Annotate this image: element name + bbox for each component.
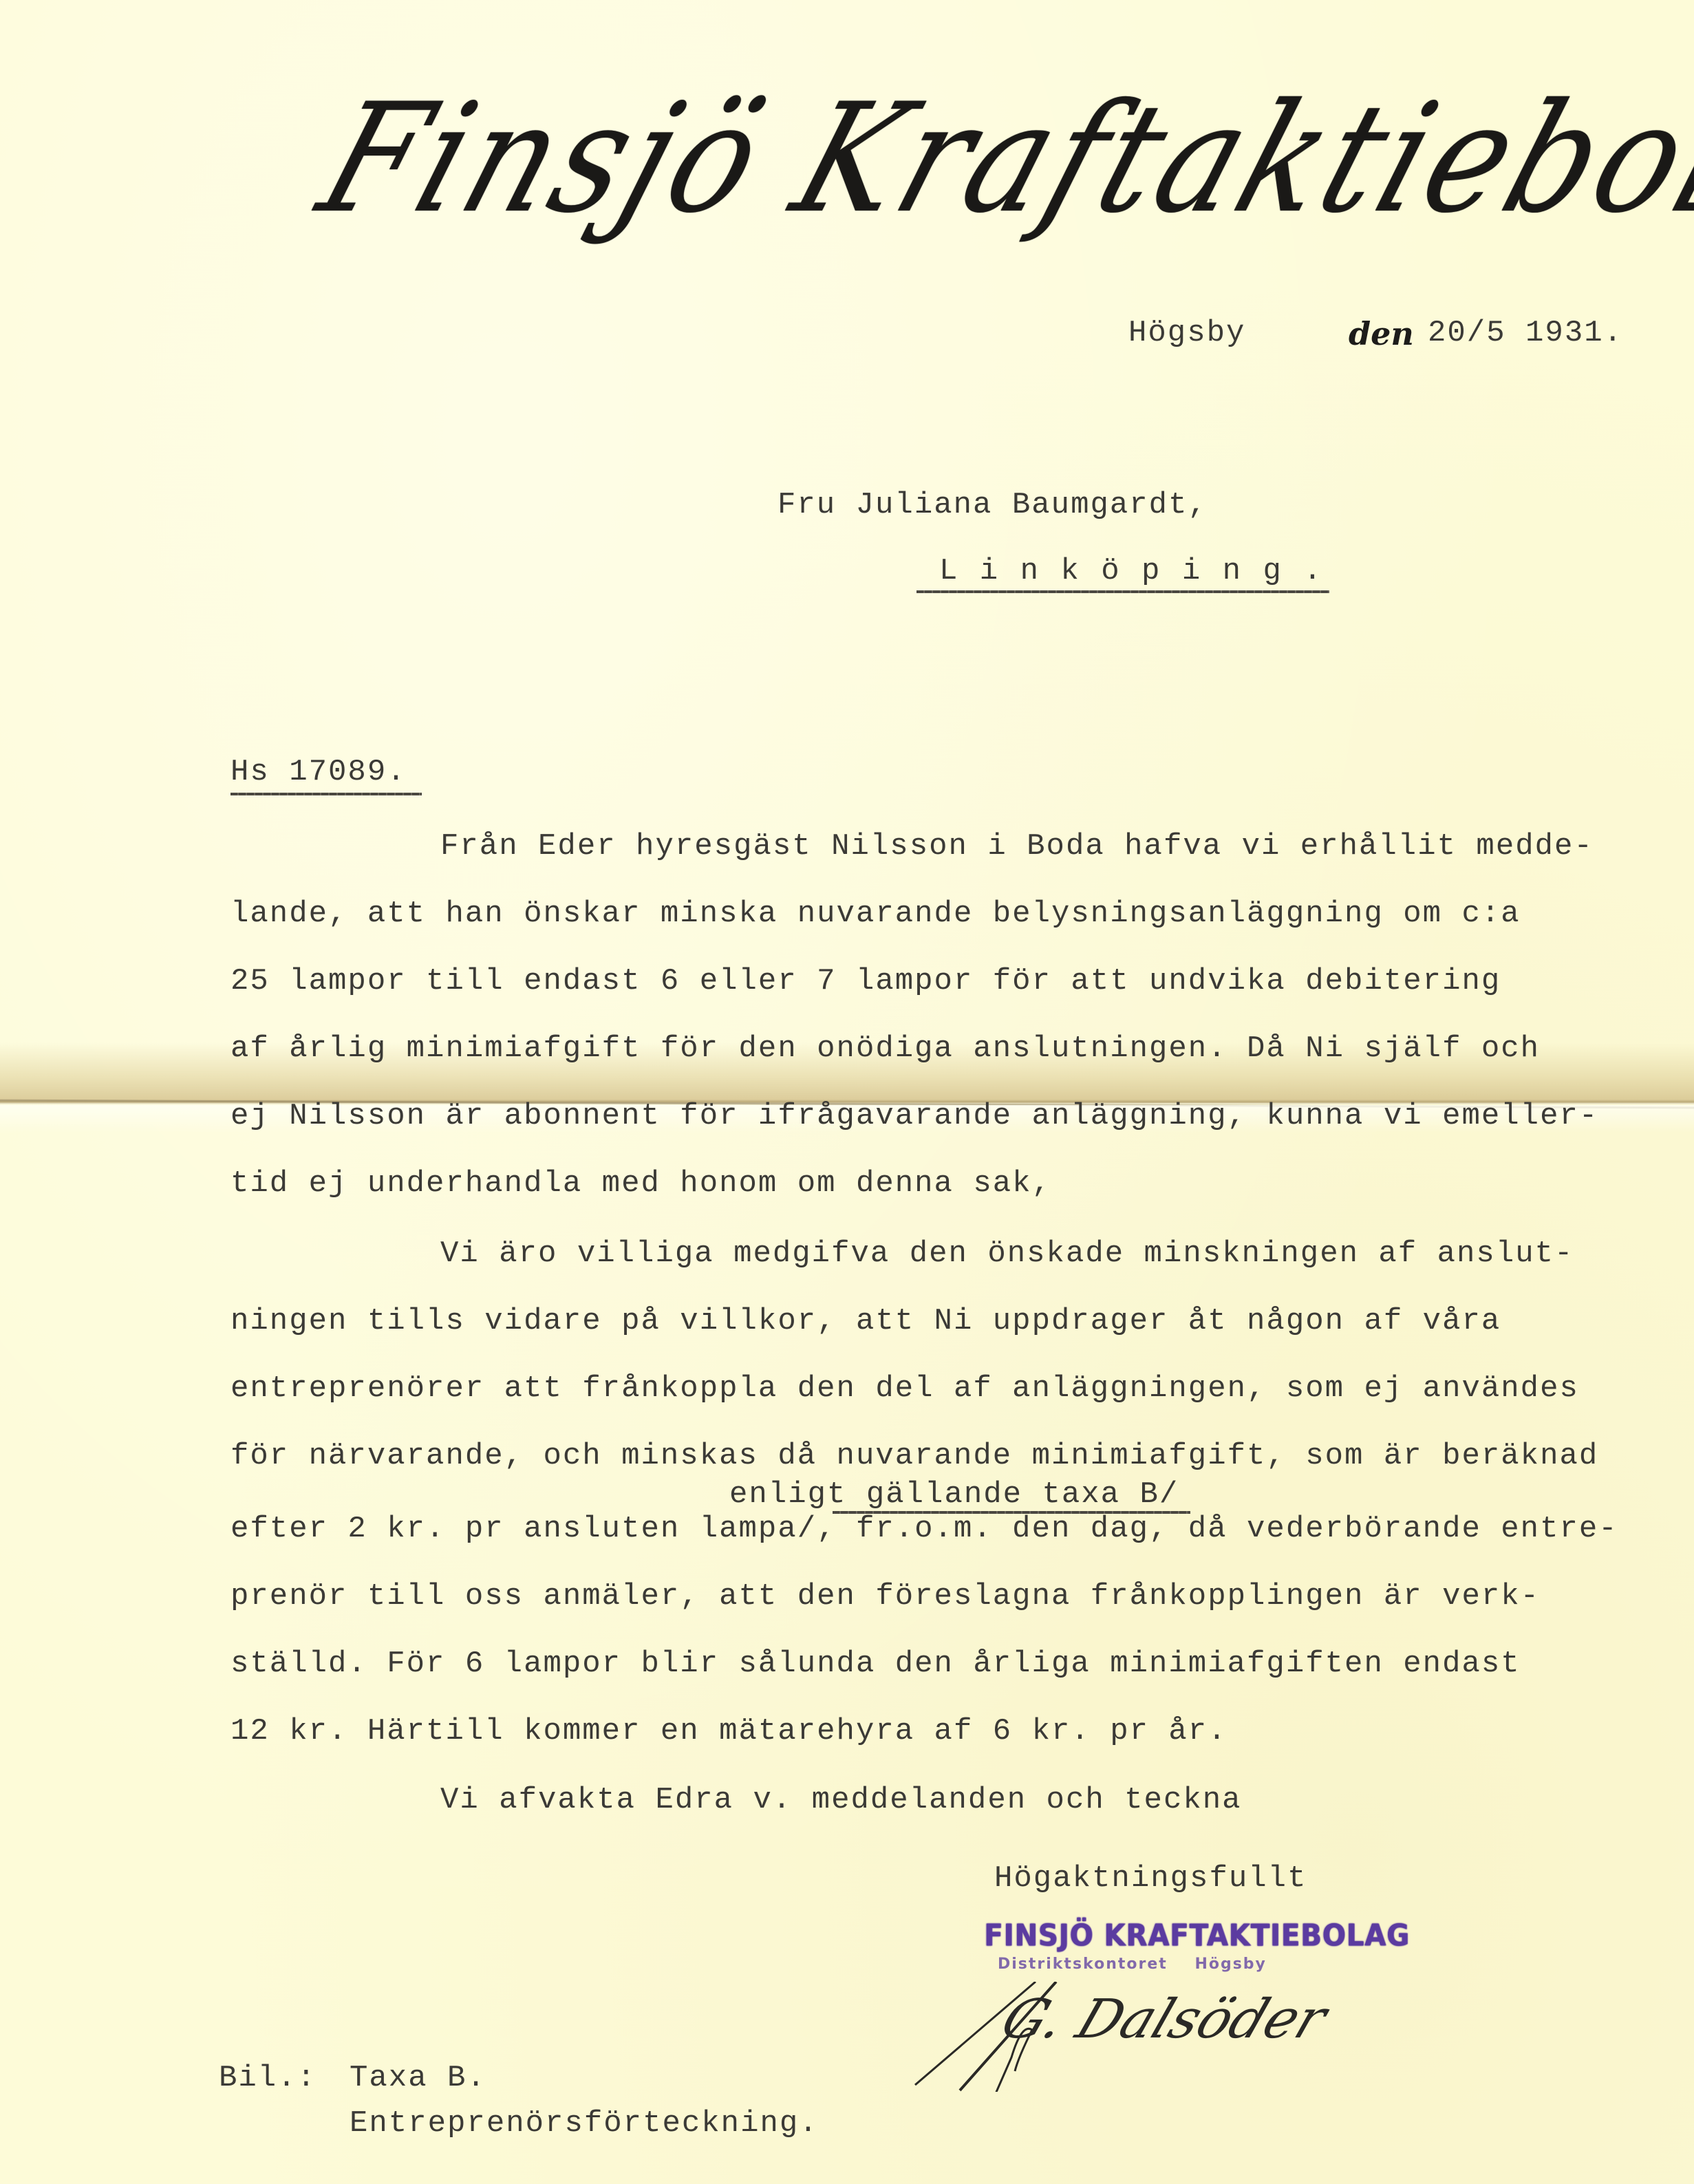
company-name-script: Finsjö Kraftaktiebolag — [302, 71, 1694, 246]
reference-underline — [230, 793, 422, 795]
body-line-7: Vi äro villiga medgifva den önskade mins… — [440, 1239, 1574, 1269]
body-line-8: ningen tills vidare på villkor, att Ni u… — [230, 1306, 1501, 1336]
stamp-office-name: Distriktskontoret Högsby — [984, 1956, 1342, 1973]
enclosure-label: Bil.: — [219, 2063, 317, 2093]
enclosure-item-2: Entreprenörsförteckning. — [350, 2108, 819, 2139]
body-line-5: ej Nilsson är abonnent för ifrågavarande… — [230, 1101, 1598, 1131]
stamp-company-name: FINSJÖ KRAFTAKTIEBOLAG — [984, 1918, 1342, 1953]
body-line-11: efter 2 kr. pr ansluten lampa/, fr.o.m. … — [230, 1514, 1618, 1544]
dateline-date: 20/5 1931. — [1428, 318, 1623, 348]
body-line-2: lande, att han önskar minska nuvarande b… — [230, 899, 1521, 929]
enclosure-item-1: Taxa B. — [350, 2063, 486, 2093]
letterhead: Finsjö Kraftaktiebolag — [303, 55, 1376, 282]
recipient-city-underline — [916, 590, 1329, 593]
body-line-12: prenör till oss anmäler, att den föresla… — [230, 1581, 1540, 1612]
body-line-3: 25 lampor till endast 6 eller 7 lampor f… — [230, 966, 1501, 996]
body-line-4: af årlig minimiafgift för den onödiga an… — [230, 1034, 1540, 1064]
body-line-15: Vi afvakta Edra v. meddelanden och teckn… — [440, 1785, 1242, 1815]
recipient-city: L i n k ö p i n g . — [939, 556, 1324, 586]
body-line-1: Från Eder hyresgäst Nilsson i Boda hafva… — [440, 831, 1594, 861]
body-line-6: tid ej underhandla med honom om denna sa… — [230, 1168, 1051, 1199]
dateline-place: Högsby — [1128, 318, 1245, 348]
body-line-14: 12 kr. Härtill kommer en mätarehyra af 6… — [230, 1716, 1227, 1746]
company-stamp: FINSJÖ KRAFTAKTIEBOLAG Distriktskontoret… — [984, 1920, 1342, 1973]
closing-salutation: Högaktningsfullt — [994, 1863, 1307, 1894]
reference-number: Hs 17089. — [230, 757, 407, 787]
body-line-10: för närvarande, och minskas då nuvarande… — [230, 1441, 1598, 1471]
body-line-13: ställd. För 6 lampor blir sålunda den år… — [230, 1649, 1521, 1679]
typed-insertion: enligt gällande taxa B/ — [729, 1479, 1179, 1510]
signature-text: G. Dalsöder — [994, 1989, 1335, 2051]
body-line-9: entreprenörer att frånkoppla den del af … — [230, 1373, 1579, 1404]
handwritten-signature: G. Dalsöder — [894, 1982, 1376, 2092]
dateline-den: den — [1349, 315, 1414, 352]
recipient-name: Fru Juliana Baumgardt, — [778, 490, 1208, 520]
